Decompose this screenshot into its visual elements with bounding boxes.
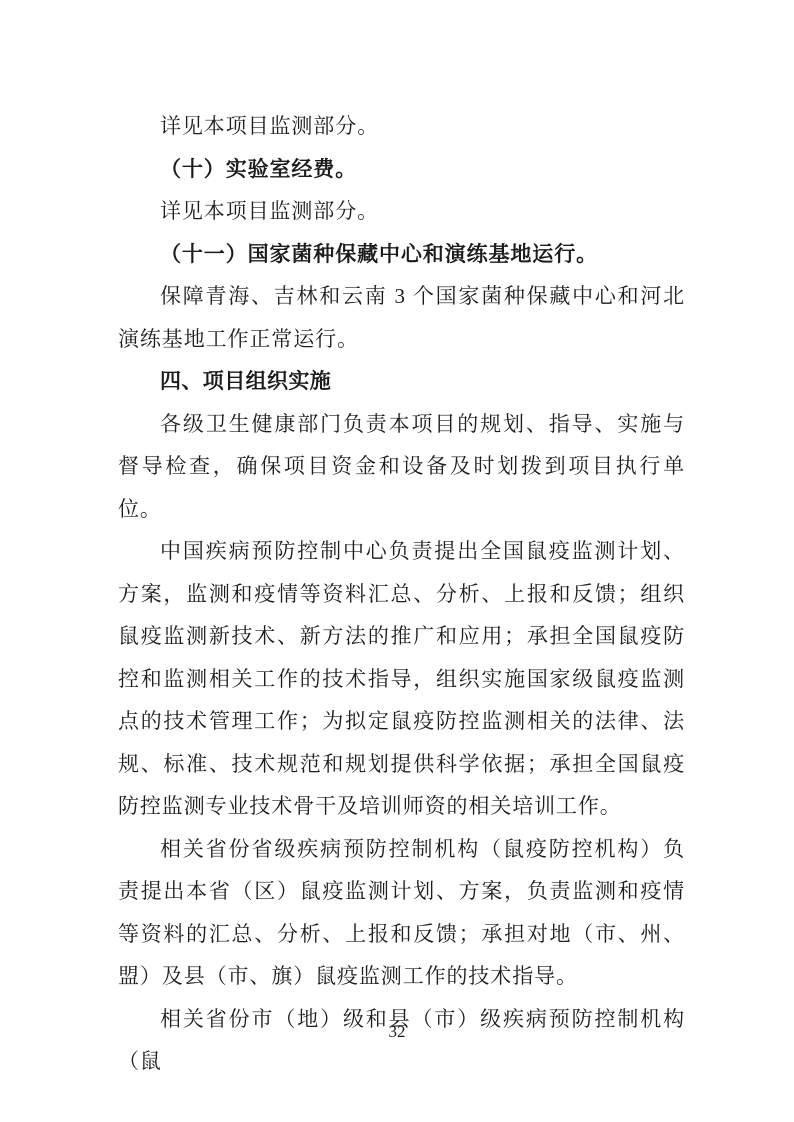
paragraph-provincial-cdc-duty: 相关省份省级疾病预防控制机构（鼠疫防控机构）负责提出本省（区）鼠疫监测计划、方案… [118,828,685,998]
paragraph-see-monitoring-section-1: 详见本项目监测部分。 [118,105,685,148]
chapter-heading-project-organization: 四、项目组织实施 [118,360,685,403]
paragraph-health-departments-duty: 各级卫生健康部门负责本项目的规划、指导、实施与督导检查，确保项目资金和设备及时划… [118,403,685,531]
paragraph-strain-center-support: 保障青海、吉林和云南 3 个国家菌种保藏中心和河北演练基地工作正常运行。 [118,275,685,360]
document-page: 详见本项目监测部分。 （十）实验室经费。 详见本项目监测部分。 （十一）国家菌种… [0,0,794,1122]
paragraph-see-monitoring-section-2: 详见本项目监测部分。 [118,190,685,233]
section-heading-lab-funds: （十）实验室经费。 [118,148,685,191]
page-number: 32 [0,1021,794,1043]
paragraph-china-cdc-duty: 中国疾病预防控制中心负责提出全国鼠疫监测计划、方案，监测和疫情等资料汇总、分析、… [118,530,685,828]
document-body: 详见本项目监测部分。 （十）实验室经费。 详见本项目监测部分。 （十一）国家菌种… [118,105,685,1083]
section-heading-strain-center-operation: （十一）国家菌种保藏中心和演练基地运行。 [118,233,685,276]
